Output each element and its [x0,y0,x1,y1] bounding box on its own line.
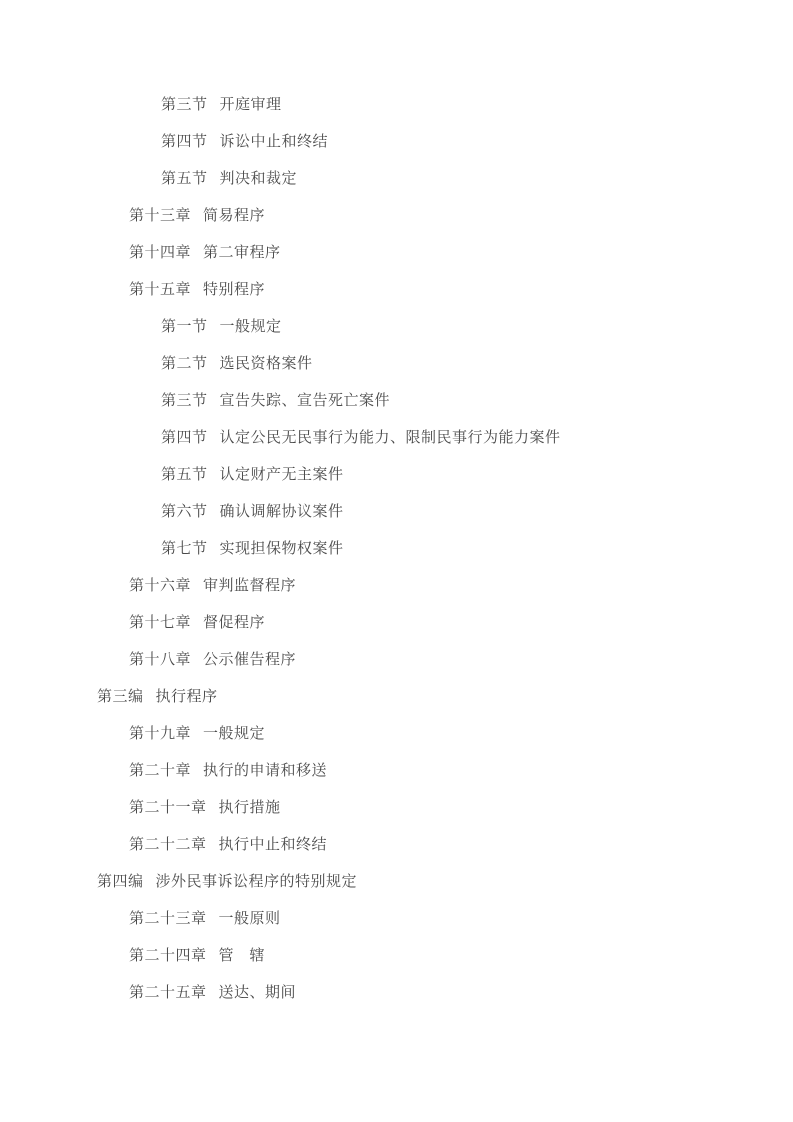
toc-line-title: 执行措施 [219,800,281,817]
toc-line-label: 第十五章 [129,282,191,299]
toc-line-label: 第五节 [161,171,208,188]
toc-line-title: 认定财产无主案件 [220,467,344,484]
toc-line-label: 第十三章 [129,208,191,225]
toc-line-title: 开庭审理 [220,97,282,114]
toc-line-title: 审判监督程序 [203,578,296,595]
toc-line: 第五节判决和裁定 [0,171,793,208]
toc-line-label: 第十八章 [129,652,191,669]
toc-line: 第二十四章管 辖 [0,948,793,985]
toc-line-label: 第五节 [161,467,208,484]
toc-line-label: 第三节 [161,97,208,114]
toc-line-title: 执行中止和终结 [219,837,328,854]
toc-line: 第十五章特别程序 [0,282,793,319]
toc-line-title: 选民资格案件 [220,356,313,373]
toc-line: 第三节宣告失踪、宣告死亡案件 [0,393,793,430]
toc-line-label: 第三节 [161,393,208,410]
toc-line: 第二十二章执行中止和终结 [0,837,793,874]
toc-line-label: 第二十章 [129,763,191,780]
toc-line-title: 一般原则 [219,911,281,928]
toc-line-label: 第一节 [161,319,208,336]
toc-line-label: 第十九章 [129,726,191,743]
toc-line-label: 第四编 [97,874,144,891]
toc-line-label: 第二十一章 [129,800,207,817]
toc-line-title: 第二审程序 [203,245,281,262]
toc-line-label: 第三编 [97,689,144,706]
toc-line-label: 第四节 [161,134,208,151]
toc-line-label: 第二十三章 [129,911,207,928]
toc-line-title: 涉外民事诉讼程序的特别规定 [156,874,358,891]
toc-line-label: 第六节 [161,504,208,521]
toc-line: 第二节选民资格案件 [0,356,793,393]
toc-line-title: 送达、期间 [219,985,297,1002]
toc-line-title: 执行程序 [156,689,218,706]
toc-line: 第十九章一般规定 [0,726,793,763]
toc-line: 第七节实现担保物权案件 [0,541,793,578]
toc-line-label: 第十六章 [129,578,191,595]
toc-line-title: 督促程序 [203,615,265,632]
toc-line: 第二十五章送达、期间 [0,985,793,1022]
toc-line: 第四编涉外民事诉讼程序的特别规定 [0,874,793,911]
toc-line: 第十三章简易程序 [0,208,793,245]
toc-line: 第十四章第二审程序 [0,245,793,282]
toc-line-title: 执行的申请和移送 [203,763,327,780]
toc-line: 第十八章公示催告程序 [0,652,793,689]
toc-line: 第四节认定公民无民事行为能力、限制民事行为能力案件 [0,430,793,467]
toc-line-label: 第二十五章 [129,985,207,1002]
toc-line-title: 简易程序 [203,208,265,225]
toc-line: 第一节一般规定 [0,319,793,356]
toc-line-title: 判决和裁定 [220,171,298,188]
toc-line-label: 第二十四章 [129,948,207,965]
toc-line: 第二十章执行的申请和移送 [0,763,793,800]
toc-line-label: 第七节 [161,541,208,558]
toc-line: 第十六章审判监督程序 [0,578,793,615]
toc-line: 第十七章督促程序 [0,615,793,652]
toc-line: 第四节诉讼中止和终结 [0,134,793,171]
toc-line: 第六节确认调解协议案件 [0,504,793,541]
toc-line-label: 第十四章 [129,245,191,262]
toc-line: 第二十一章执行措施 [0,800,793,837]
toc-line-title: 宣告失踪、宣告死亡案件 [220,393,391,410]
toc-line-title: 公示催告程序 [203,652,296,669]
toc-line-title: 认定公民无民事行为能力、限制民事行为能力案件 [220,430,561,447]
toc-line-label: 第四节 [161,430,208,447]
toc-line: 第三编执行程序 [0,689,793,726]
toc-line-title: 管 辖 [219,948,266,965]
toc-line: 第三节开庭审理 [0,97,793,134]
toc-line-title: 一般规定 [203,726,265,743]
toc-line-title: 特别程序 [203,282,265,299]
toc-line-label: 第十七章 [129,615,191,632]
document-page: 第三节开庭审理第四节诉讼中止和终结第五节判决和裁定第十三章简易程序第十四章第二审… [0,0,793,1122]
toc-line: 第五节认定财产无主案件 [0,467,793,504]
toc-line-title: 一般规定 [220,319,282,336]
table-of-contents: 第三节开庭审理第四节诉讼中止和终结第五节判决和裁定第十三章简易程序第十四章第二审… [0,97,793,1022]
toc-line-label: 第二节 [161,356,208,373]
toc-line-label: 第二十二章 [129,837,207,854]
toc-line: 第二十三章一般原则 [0,911,793,948]
toc-line-title: 诉讼中止和终结 [220,134,329,151]
toc-line-title: 实现担保物权案件 [220,541,344,558]
toc-line-title: 确认调解协议案件 [220,504,344,521]
